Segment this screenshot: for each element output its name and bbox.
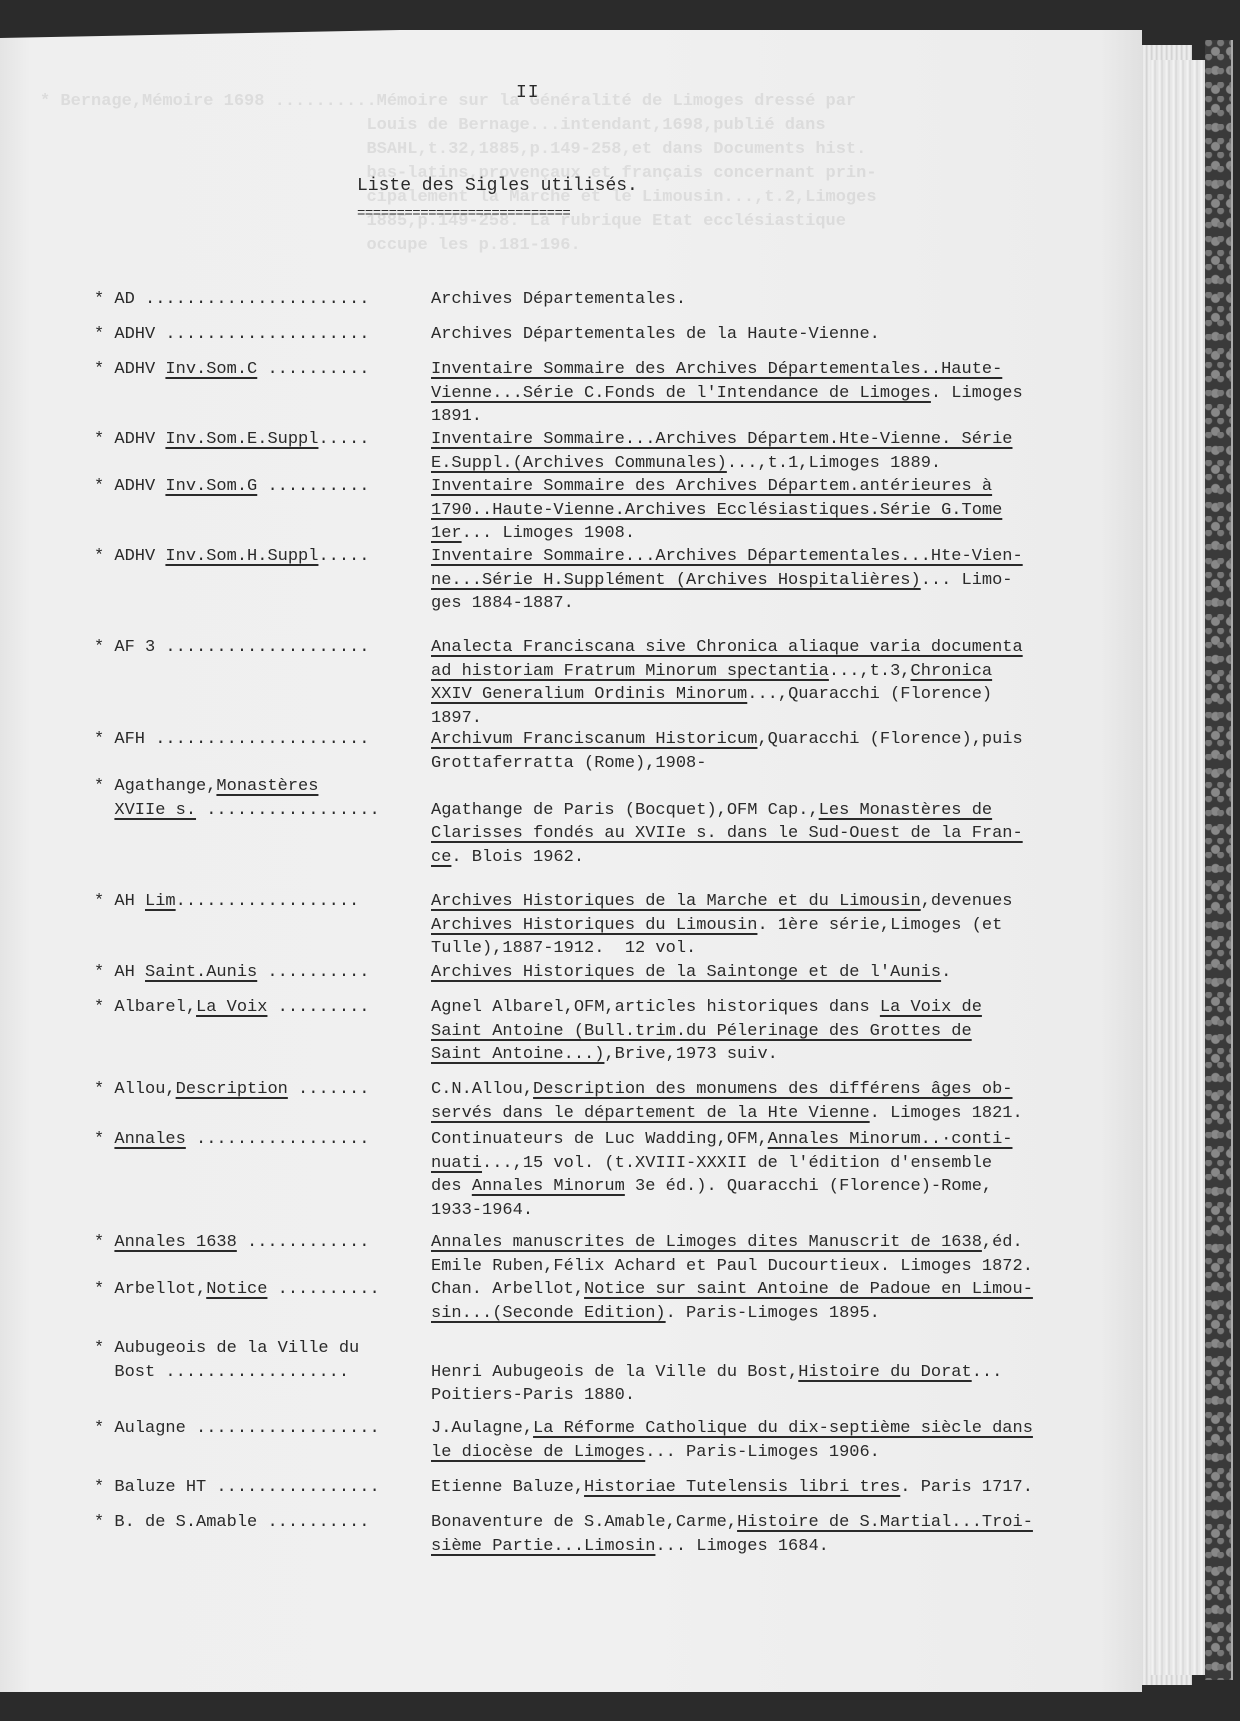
text-segment: * Allou, xyxy=(94,1080,176,1099)
text-line: * AFH ..................... xyxy=(94,728,430,752)
text-line: * Arbellot,Notice .......... xyxy=(94,1278,430,1302)
text-segment: * AD xyxy=(94,290,145,309)
dot-leader: .................. xyxy=(196,1419,380,1438)
underlined-title: Description xyxy=(176,1080,288,1099)
text-segment: des xyxy=(431,1177,472,1196)
text-segment: . Limoges xyxy=(931,384,1023,403)
text-segment: 3e éd.). Quaracchi (Florence)-Rome, xyxy=(625,1177,992,1196)
siglum: * Arbellot,Notice .......... xyxy=(94,1278,430,1302)
text-line: des Annales Minorum 3e éd.). Quaracchi (… xyxy=(431,1175,1131,1199)
siglum-definition: Archivum Franciscanum Historicum,Quaracc… xyxy=(431,728,1131,775)
text-line: * AH Lim.................. xyxy=(94,890,430,914)
text-line: Henri Aubugeois de la Ville du Bost,Hist… xyxy=(431,1361,1131,1385)
text-line: E.Suppl.(Archives Communales)...,t.1,Lim… xyxy=(431,452,1131,476)
underlined-title: ad historiam Fratrum Minorum spectantia xyxy=(431,662,829,681)
text-line: Chan. Arbellot,Notice sur saint Antoine … xyxy=(431,1278,1131,1302)
siglum: * Agathange,Monastères XVIIe s. ........… xyxy=(94,775,430,822)
text-line: sième Partie...Limosin... Limoges 1684. xyxy=(431,1535,1131,1559)
text-line: * ADHV Inv.Som.E.Suppl..... xyxy=(94,428,430,452)
text-segment: ,devenues xyxy=(921,892,1013,911)
underlined-title: Inv.Som.H.Suppl xyxy=(165,547,318,566)
text-segment: . xyxy=(941,963,951,982)
text-line: Annales manuscrites de Limoges dites Man… xyxy=(431,1231,1131,1255)
text-segment: ...,t.3, xyxy=(829,662,911,681)
underlined-title: Historiae Tutelensis libri tres xyxy=(584,1478,900,1497)
siglum-definition: Inventaire Sommaire...Archives Départem.… xyxy=(431,428,1131,475)
dot-leader: .......... xyxy=(257,360,369,379)
underlined-title: le diocèse de Limoges xyxy=(431,1443,645,1462)
underlined-title: Clarisses fondés au XVIIe s. dans le Sud… xyxy=(431,824,1023,843)
underlined-title: La Voix de xyxy=(880,998,982,1017)
underlined-title: 1er xyxy=(431,524,462,543)
text-segment: * Agathange, xyxy=(94,777,216,796)
siglum: * ADHV Inv.Som.H.Suppl..... xyxy=(94,545,430,569)
text-segment: Grottaferratta (Rome),1908- xyxy=(431,754,706,773)
text-segment: Agathange de Paris (Bocquet),OFM Cap., xyxy=(431,801,819,820)
text-line: Inventaire Sommaire...Archives Départeme… xyxy=(431,545,1131,569)
text-segment: * Aubugeois de la Ville du xyxy=(94,1339,359,1358)
text-line: * AH Saint.Aunis .......... xyxy=(94,961,430,985)
text-line: le diocèse de Limoges... Paris-Limoges 1… xyxy=(431,1441,1131,1465)
siglum: * ADHV .................... xyxy=(94,323,430,347)
underlined-title: Histoire du Dorat xyxy=(798,1363,971,1382)
text-line: Grottaferratta (Rome),1908- xyxy=(431,752,1131,776)
text-segment: ,éd. xyxy=(982,1233,1023,1252)
text-line: Archives Départementales de la Haute-Vie… xyxy=(431,323,1131,347)
underlined-title: Inventaire Sommaire des Archives Départe… xyxy=(431,477,992,496)
siglum: * AFH ..................... xyxy=(94,728,430,752)
siglum: * Albarel,La Voix ......... xyxy=(94,996,430,1020)
siglum-definition: Chan. Arbellot,Notice sur saint Antoine … xyxy=(431,1278,1131,1325)
siglum-definition: Annales manuscrites de Limoges dites Man… xyxy=(431,1231,1131,1278)
underlined-title: Chronica xyxy=(911,662,993,681)
text-segment: 1891. xyxy=(431,407,482,426)
title-underline-rule: =========================== xyxy=(357,206,570,222)
siglum-definition: Agnel Albarel,OFM,articles historiques d… xyxy=(431,996,1131,1067)
text-segment: * Aulagne xyxy=(94,1419,196,1438)
text-line: nuati...,15 vol. (t.XVIII-XXXII de l'édi… xyxy=(431,1152,1131,1176)
siglum-definition: Inventaire Sommaire des Archives Départe… xyxy=(431,475,1131,546)
text-segment: * ADHV xyxy=(94,360,165,379)
text-line: Vienne...Série C.Fonds de l'Intendance d… xyxy=(431,382,1131,406)
text-line: Agathange de Paris (Bocquet),OFM Cap.,Le… xyxy=(431,799,1131,823)
text-line: servés dans le département de la Hte Vie… xyxy=(431,1102,1131,1126)
underlined-title: Annales 1638 xyxy=(114,1233,236,1252)
siglum: * ADHV Inv.Som.C .......... xyxy=(94,358,430,382)
text-line: * Annales ................. xyxy=(94,1128,430,1152)
underlined-title: La Voix xyxy=(196,998,267,1017)
underlined-title: Description des monumens des différens â… xyxy=(533,1080,1012,1099)
siglum-definition: Archives Historiques de la Marche et du … xyxy=(431,890,1131,961)
text-segment: ... Limoges 1684. xyxy=(655,1537,828,1556)
siglum-definition: Archives Départementales. xyxy=(431,288,1131,312)
dot-leader: .......... xyxy=(257,477,369,496)
text-segment: * AH xyxy=(94,892,145,911)
text-segment: * Albarel, xyxy=(94,998,196,1017)
text-line: Archives Départementales. xyxy=(431,288,1131,312)
siglum: * AH Lim.................. xyxy=(94,890,430,914)
text-line: 1933-1964. xyxy=(431,1199,1131,1223)
dot-leader: .................. xyxy=(176,892,360,911)
text-line: * ADHV Inv.Som.C .......... xyxy=(94,358,430,382)
bleed-through-text: * Bernage,Mémoire 1698 ..........Mémoire… xyxy=(40,90,877,258)
underlined-title: Vienne...Série C.Fonds de l'Intendance d… xyxy=(431,384,931,403)
underlined-title: servés dans le département de la Hte Vie… xyxy=(431,1104,870,1123)
underlined-title: Saint Antoine (Bull.trim.du Pélerinage d… xyxy=(431,1022,972,1041)
text-line: * Baluze HT ................ xyxy=(94,1476,430,1500)
text-segment: Archives Départementales de la Haute-Vie… xyxy=(431,325,880,344)
text-line: Inventaire Sommaire des Archives Départe… xyxy=(431,475,1131,499)
text-line: Bost .................. xyxy=(94,1361,430,1385)
underlined-title: Lim xyxy=(145,892,176,911)
dot-leader: .......... xyxy=(257,963,369,982)
text-segment: ... Limo- xyxy=(921,571,1013,590)
underlined-title: Histoire de S.Martial...Troi- xyxy=(737,1513,1033,1532)
underlined-title: Les Monastères de xyxy=(819,801,992,820)
text-segment xyxy=(94,801,114,820)
siglum: * AH Saint.Aunis .......... xyxy=(94,961,430,985)
text-line: Etienne Baluze,Historiae Tutelensis libr… xyxy=(431,1476,1131,1500)
dot-leader: ............ xyxy=(237,1233,370,1252)
text-segment: ,Quaracchi (Florence),puis xyxy=(757,730,1022,749)
siglum: * AD ...................... xyxy=(94,288,430,312)
text-line: Inventaire Sommaire des Archives Départe… xyxy=(431,358,1131,382)
text-segment: * ADHV xyxy=(94,547,165,566)
text-segment: ...,t.1,Limoges 1889. xyxy=(727,454,941,473)
siglum-definition: Agathange de Paris (Bocquet),OFM Cap.,Le… xyxy=(431,799,1131,870)
underlined-title: Archivum Franciscanum Historicum xyxy=(431,730,757,749)
text-line: * ADHV .................... xyxy=(94,323,430,347)
text-line: * AF 3 .................... xyxy=(94,636,430,660)
underlined-title: Notice xyxy=(206,1280,267,1299)
text-line: Continuateurs de Luc Wadding,OFM,Annales… xyxy=(431,1128,1131,1152)
text-line: sin...(Seconde Edition). Paris-Limoges 1… xyxy=(431,1302,1131,1326)
text-segment: Poitiers-Paris 1880. xyxy=(431,1386,635,1405)
text-segment: * ADHV xyxy=(94,325,165,344)
text-segment: ,Brive,1973 suiv. xyxy=(604,1045,777,1064)
siglum-definition: Inventaire Sommaire...Archives Départeme… xyxy=(431,545,1131,616)
text-line: ne...Série H.Supplément (Archives Hospit… xyxy=(431,569,1131,593)
text-line: Archives Historiques du Limousin. 1ère s… xyxy=(431,914,1131,938)
text-line: XXIV Generalium Ordinis Minorum...,Quara… xyxy=(431,683,1131,707)
text-line: * Annales 1638 ............ xyxy=(94,1231,430,1255)
text-segment: * ADHV xyxy=(94,477,165,496)
text-segment: ...,Quaracchi (Florence) xyxy=(747,685,992,704)
dot-leader: ...................... xyxy=(145,290,369,309)
dot-leader: ................. xyxy=(186,1130,370,1149)
text-segment: ... xyxy=(972,1363,1003,1382)
underlined-title: Archives Historiques de la Marche et du … xyxy=(431,892,921,911)
siglum: * Allou,Description ....... xyxy=(94,1078,430,1102)
underlined-title: Analecta Franciscana sive Chronica aliaq… xyxy=(431,638,1023,657)
siglum: * Baluze HT ................ xyxy=(94,1476,430,1500)
siglum-definition: Continuateurs de Luc Wadding,OFM,Annales… xyxy=(431,1128,1131,1222)
text-segment: * B. de S.Amable xyxy=(94,1513,267,1532)
underlined-title: E.Suppl.(Archives Communales) xyxy=(431,454,727,473)
text-segment: ges 1884-1887. xyxy=(431,594,574,613)
siglum: * Aulagne .................. xyxy=(94,1417,430,1441)
text-segment: Emile Ruben,Félix Achard et Paul Ducourt… xyxy=(431,1257,1033,1276)
text-segment: Tulle),1887-1912. 12 vol. xyxy=(431,939,696,958)
text-segment: * xyxy=(94,1233,114,1252)
underlined-title: Notice sur saint Antoine de Padoue en Li… xyxy=(584,1280,1033,1299)
underlined-title: Annales xyxy=(114,1130,185,1149)
text-line: * Albarel,La Voix ......... xyxy=(94,996,430,1020)
siglum-definition: Etienne Baluze,Historiae Tutelensis libr… xyxy=(431,1476,1131,1500)
dot-leader: .................... xyxy=(165,638,369,657)
underlined-title: Annales manuscrites de Limoges dites Man… xyxy=(431,1233,982,1252)
text-segment: * AH xyxy=(94,963,145,982)
text-line: * Aubugeois de la Ville du xyxy=(94,1337,430,1361)
text-segment: . Paris-Limoges 1895. xyxy=(666,1304,880,1323)
text-segment: * ADHV xyxy=(94,430,165,449)
text-segment: 1933-1964. xyxy=(431,1201,533,1220)
siglum-definition: Analecta Franciscana sive Chronica aliaq… xyxy=(431,636,1131,730)
text-segment: * Arbellot, xyxy=(94,1280,206,1299)
siglum-definition: Archives Départementales de la Haute-Vie… xyxy=(431,323,1131,347)
underlined-title: Inventaire Sommaire...Archives Départeme… xyxy=(431,547,1023,566)
underlined-title: Inv.Som.E.Suppl xyxy=(165,430,318,449)
text-line: 1897. xyxy=(431,707,1131,731)
text-line: * ADHV Inv.Som.H.Suppl..... xyxy=(94,545,430,569)
underlined-title: Inv.Som.C xyxy=(165,360,257,379)
text-line: C.N.Allou,Description des monumens des d… xyxy=(431,1078,1131,1102)
text-segment: J.Aulagne, xyxy=(431,1419,533,1438)
text-line: Saint Antoine...),Brive,1973 suiv. xyxy=(431,1043,1131,1067)
underlined-title: La Réforme Catholique du dix-septième si… xyxy=(533,1419,1033,1438)
dot-leader: ................. xyxy=(196,801,380,820)
text-line: Emile Ruben,Félix Achard et Paul Ducourt… xyxy=(431,1255,1131,1279)
dot-leader: ................ xyxy=(216,1478,379,1497)
siglum: * ADHV Inv.Som.E.Suppl..... xyxy=(94,428,430,452)
siglum: * ADHV Inv.Som.G .......... xyxy=(94,475,430,499)
siglum: * Annales ................. xyxy=(94,1128,430,1152)
underlined-title: Inventaire Sommaire...Archives Départem.… xyxy=(431,430,1013,449)
text-line: 1er... Limoges 1908. xyxy=(431,522,1131,546)
text-segment: ... Limoges 1908. xyxy=(462,524,635,543)
text-segment: * AF 3 xyxy=(94,638,165,657)
siglum: * AF 3 .................... xyxy=(94,636,430,660)
dot-leader: .......... xyxy=(267,1280,379,1299)
siglum-definition: Inventaire Sommaire des Archives Départe… xyxy=(431,358,1131,429)
dot-leader: ..... xyxy=(318,430,369,449)
text-segment: 1897. xyxy=(431,709,482,728)
document-page: * Bernage,Mémoire 1698 ..........Mémoire… xyxy=(0,30,1142,1692)
text-segment: Etienne Baluze, xyxy=(431,1478,584,1497)
dot-leader: .................... xyxy=(165,325,369,344)
text-segment: C.N.Allou, xyxy=(431,1080,533,1099)
page-title: Liste des Sigles utilisés. xyxy=(357,176,638,196)
underlined-title: XXIV Generalium Ordinis Minorum xyxy=(431,685,747,704)
text-segment: ... Paris-Limoges 1906. xyxy=(645,1443,880,1462)
text-line: * Aulagne .................. xyxy=(94,1417,430,1441)
text-segment: ...,15 vol. (t.XVIII-XXXII de l'édition … xyxy=(482,1154,992,1173)
text-line: 1891. xyxy=(431,405,1131,429)
text-line: J.Aulagne,La Réforme Catholique du dix-s… xyxy=(431,1417,1131,1441)
underlined-title: Annales Minorum xyxy=(472,1177,625,1196)
marbled-book-cover xyxy=(1205,40,1233,1680)
text-line: Inventaire Sommaire...Archives Départem.… xyxy=(431,428,1131,452)
text-line: Tulle),1887-1912. 12 vol. xyxy=(431,937,1131,961)
text-line: * Allou,Description ....... xyxy=(94,1078,430,1102)
dot-leader: .......... xyxy=(267,1513,369,1532)
text-line: Bonaventure de S.Amable,Carme,Histoire d… xyxy=(431,1511,1131,1535)
underlined-title: 1790..Haute-Vienne.Archives Ecclésiastiq… xyxy=(431,501,1002,520)
text-line: XVIIe s. ................. xyxy=(94,799,430,823)
text-segment: Bonaventure de S.Amable,Carme, xyxy=(431,1513,737,1532)
text-segment: Archives Départementales. xyxy=(431,290,686,309)
siglum-definition: Henri Aubugeois de la Ville du Bost,Hist… xyxy=(431,1361,1131,1408)
text-line: Archives Historiques de la Marche et du … xyxy=(431,890,1131,914)
text-segment: . Limoges 1821. xyxy=(870,1104,1023,1123)
text-segment: . Paris 1717. xyxy=(900,1478,1033,1497)
underlined-title: ce xyxy=(431,848,451,867)
text-segment: Henri Aubugeois de la Ville du Bost, xyxy=(431,1363,798,1382)
text-line: Archivum Franciscanum Historicum,Quaracc… xyxy=(431,728,1131,752)
text-line: * AD ...................... xyxy=(94,288,430,312)
text-line: ce. Blois 1962. xyxy=(431,846,1131,870)
underlined-title: Annales Minorum..·conti- xyxy=(768,1130,1013,1149)
text-segment: Continuateurs de Luc Wadding,OFM, xyxy=(431,1130,768,1149)
dot-leader: ..................... xyxy=(155,730,369,749)
text-line: 1790..Haute-Vienne.Archives Ecclésiastiq… xyxy=(431,499,1131,523)
underlined-title: sin...(Seconde Edition) xyxy=(431,1304,666,1323)
underlined-title: Saint Antoine...) xyxy=(431,1045,604,1064)
underlined-title: XVIIe s. xyxy=(114,801,196,820)
text-line: ad historiam Fratrum Minorum spectantia.… xyxy=(431,660,1131,684)
siglum-definition: Bonaventure de S.Amable,Carme,Histoire d… xyxy=(431,1511,1131,1558)
underlined-title: Inv.Som.G xyxy=(165,477,257,496)
dot-leader: ......... xyxy=(267,998,369,1017)
text-line: ges 1884-1887. xyxy=(431,592,1131,616)
text-segment: * AFH xyxy=(94,730,155,749)
text-line: Poitiers-Paris 1880. xyxy=(431,1384,1131,1408)
text-segment: Agnel Albarel,OFM,articles historiques d… xyxy=(431,998,880,1017)
dot-leader: ....... xyxy=(288,1080,370,1099)
text-line: Saint Antoine (Bull.trim.du Pélerinage d… xyxy=(431,1020,1131,1044)
text-line: * B. de S.Amable .......... xyxy=(94,1511,430,1535)
dot-leader: ..... xyxy=(318,547,369,566)
underlined-title: sième Partie...Limosin xyxy=(431,1537,655,1556)
siglum: * B. de S.Amable .......... xyxy=(94,1511,430,1535)
siglum-definition: J.Aulagne,La Réforme Catholique du dix-s… xyxy=(431,1417,1131,1464)
text-segment: * xyxy=(94,1130,114,1149)
underlined-title: nuati xyxy=(431,1154,482,1173)
text-segment: Bost xyxy=(94,1363,165,1382)
underlined-title: Archives Historiques de la Saintonge et … xyxy=(431,963,941,982)
siglum: * Annales 1638 ............ xyxy=(94,1231,430,1255)
page-number: II xyxy=(516,83,540,103)
underlined-title: Archives Historiques du Limousin xyxy=(431,916,757,935)
text-line: Archives Historiques de la Saintonge et … xyxy=(431,961,1131,985)
page-edges-stack xyxy=(1150,60,1205,1675)
text-line: Clarisses fondés au XVIIe s. dans le Sud… xyxy=(431,822,1131,846)
underlined-title: Monastères xyxy=(216,777,318,796)
siglum-definition: C.N.Allou,Description des monumens des d… xyxy=(431,1078,1131,1125)
underlined-title: Saint.Aunis xyxy=(145,963,257,982)
text-segment: . 1ère série,Limoges (et xyxy=(757,916,1002,935)
dot-leader: .................. xyxy=(165,1363,349,1382)
text-line: Agnel Albarel,OFM,articles historiques d… xyxy=(431,996,1131,1020)
siglum: * Aubugeois de la Ville du Bost ........… xyxy=(94,1337,430,1384)
text-line: * Agathange,Monastères xyxy=(94,775,430,799)
text-segment: Chan. Arbellot, xyxy=(431,1280,584,1299)
text-line: * ADHV Inv.Som.G .......... xyxy=(94,475,430,499)
text-segment: . Blois 1962. xyxy=(451,848,584,867)
text-line: Analecta Franciscana sive Chronica aliaq… xyxy=(431,636,1131,660)
siglum-definition: Archives Historiques de la Saintonge et … xyxy=(431,961,1131,985)
underlined-title: Inventaire Sommaire des Archives Départe… xyxy=(431,360,1002,379)
text-segment: * Baluze HT xyxy=(94,1478,216,1497)
underlined-title: ne...Série H.Supplément (Archives Hospit… xyxy=(431,571,921,590)
